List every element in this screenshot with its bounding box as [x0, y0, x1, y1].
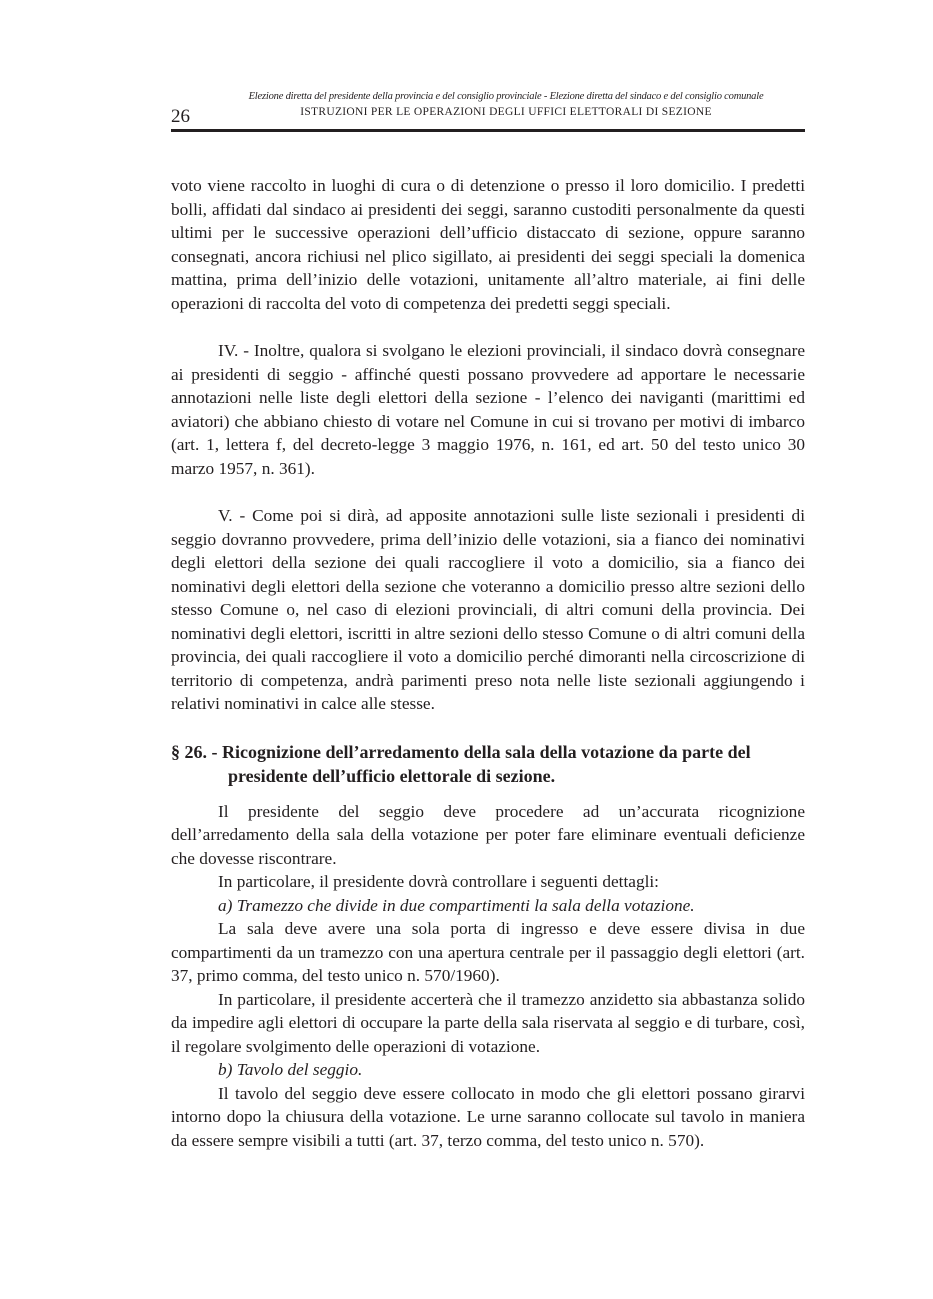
page-header: 26 Elezione diretta del presidente della…	[171, 90, 805, 132]
section-paragraph: La sala deve avere una sola porta di ing…	[171, 917, 805, 988]
spacer	[171, 788, 805, 800]
section-paragraph: Il tavolo del seggio deve essere colloca…	[171, 1082, 805, 1153]
body-text: voto viene raccolto in luoghi di cura o …	[171, 174, 805, 1152]
subheading-a: a) Tramezzo che divide in due compartime…	[171, 894, 805, 918]
paragraph-v: V. - Come poi si dirà, ad apposite annot…	[171, 504, 805, 716]
spacer	[171, 480, 805, 504]
section-title: Ricognizione dell’arredamento della sala…	[222, 742, 751, 786]
page-number: 26	[171, 106, 190, 128]
section-paragraph: In particolare, il presidente dovrà cont…	[171, 870, 805, 894]
section-paragraph: Il presidente del seggio deve procedere …	[171, 800, 805, 871]
spacer	[171, 315, 805, 339]
document-page: 26 Elezione diretta del presidente della…	[0, 0, 933, 1299]
subheading-b: b) Tavolo del seggio.	[171, 1058, 805, 1082]
section-heading: § 26. - Ricognizione dell’arredamento de…	[171, 740, 805, 788]
paragraph-iv: IV. - Inoltre, qualora si svolgano le el…	[171, 339, 805, 480]
running-title-line1: Elezione diretta del presidente della pr…	[207, 90, 805, 104]
paragraph-continuation: voto viene raccolto in luoghi di cura o …	[171, 174, 805, 315]
header-rule	[171, 129, 805, 132]
running-title-line2: ISTRUZIONI PER LE OPERAZIONI DEGLI UFFIC…	[207, 104, 805, 120]
running-title: Elezione diretta del presidente della pr…	[207, 90, 805, 120]
section-number: § 26. -	[171, 742, 218, 762]
section-paragraph: In particolare, il presidente accerterà …	[171, 988, 805, 1059]
spacer	[171, 716, 805, 740]
